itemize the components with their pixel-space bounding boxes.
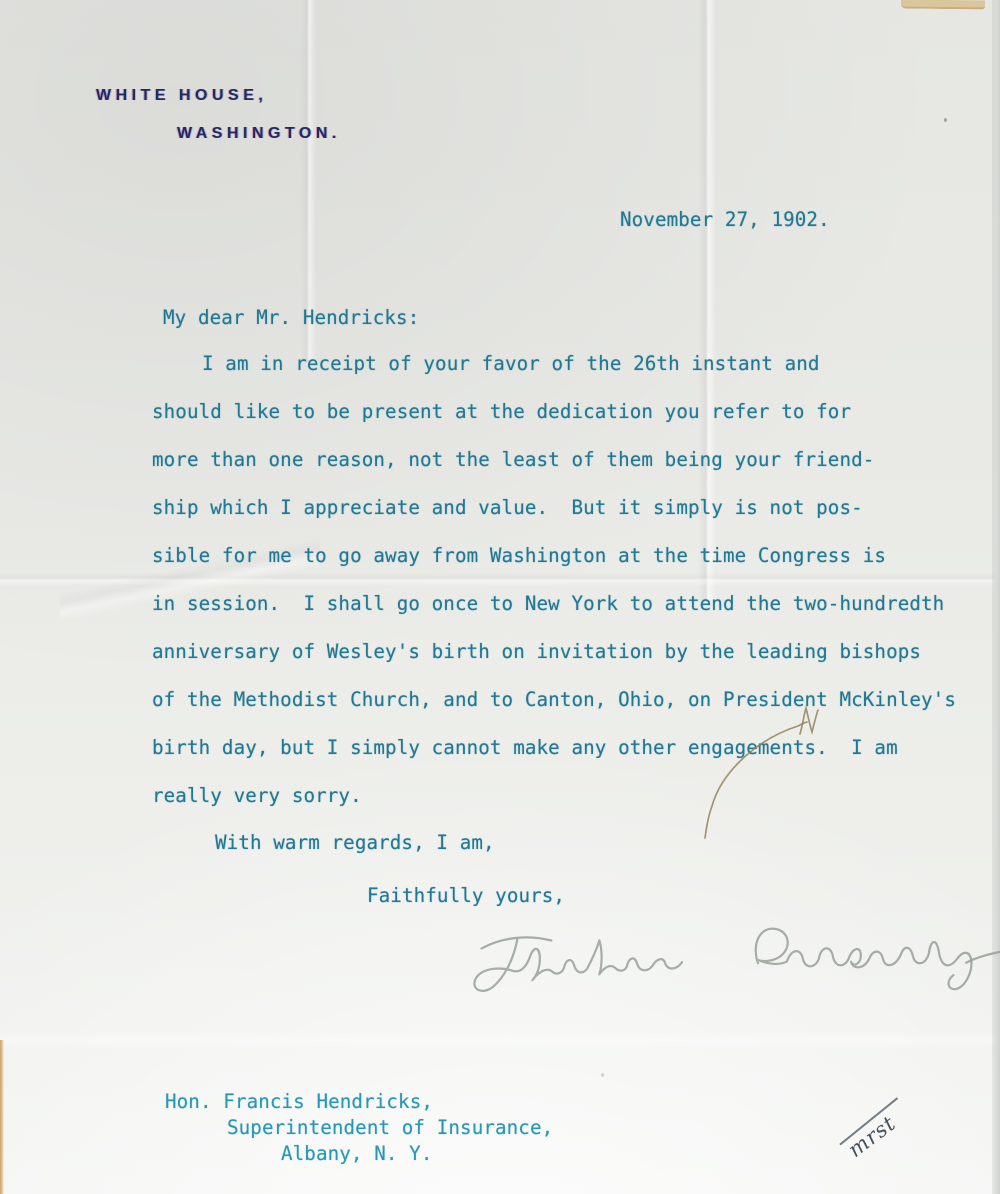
closing-valediction: Faithfully yours, xyxy=(367,884,565,907)
scratch-mark xyxy=(660,688,850,848)
horizontal-fold-crease xyxy=(0,572,1000,586)
dust-speck xyxy=(601,1073,604,1077)
salutation: My dear Mr. Hendricks: xyxy=(163,306,419,329)
paper-right-edge xyxy=(992,0,1000,1194)
address-city: Albany, N. Y. xyxy=(281,1142,432,1165)
letterhead-washington: WASHINGTON. xyxy=(177,125,341,143)
letter-photograph: WHITE HOUSE, WASHINGTON. November 27, 19… xyxy=(0,0,1000,1194)
pencil-note: mrst xyxy=(844,1111,901,1162)
body-line: in session. I shall go once to New York … xyxy=(152,592,944,615)
body-line: should like to be present at the dedicat… xyxy=(152,400,851,423)
body-line: anniversary of Wesley's birth on invitat… xyxy=(152,640,921,663)
closing-regards: With warm regards, I am, xyxy=(215,831,495,854)
signature-theodore-roosevelt xyxy=(447,909,1000,1016)
tape-tab xyxy=(901,0,985,9)
body-line: really very sorry. xyxy=(152,784,362,807)
address-title: Superintendent of Insurance, xyxy=(227,1116,553,1139)
signature-strokes xyxy=(447,909,1000,1016)
date-line: November 27, 1902. xyxy=(620,208,830,231)
body-line: I am in receipt of your favor of the 26t… xyxy=(152,352,820,375)
horizontal-fold-crease xyxy=(0,1032,1000,1048)
body-line: ship which I appreciate and value. But i… xyxy=(152,496,863,519)
body-line: more than one reason, not the least of t… xyxy=(152,448,874,471)
letterhead-white-house: WHITE HOUSE, xyxy=(96,87,267,105)
paper-left-edge xyxy=(0,1040,4,1194)
body-line: sible for me to go away from Washington … xyxy=(152,544,886,567)
address-recipient: Hon. Francis Hendricks, xyxy=(165,1090,433,1113)
scratch-strokes xyxy=(660,688,850,848)
dust-speck xyxy=(944,118,947,122)
